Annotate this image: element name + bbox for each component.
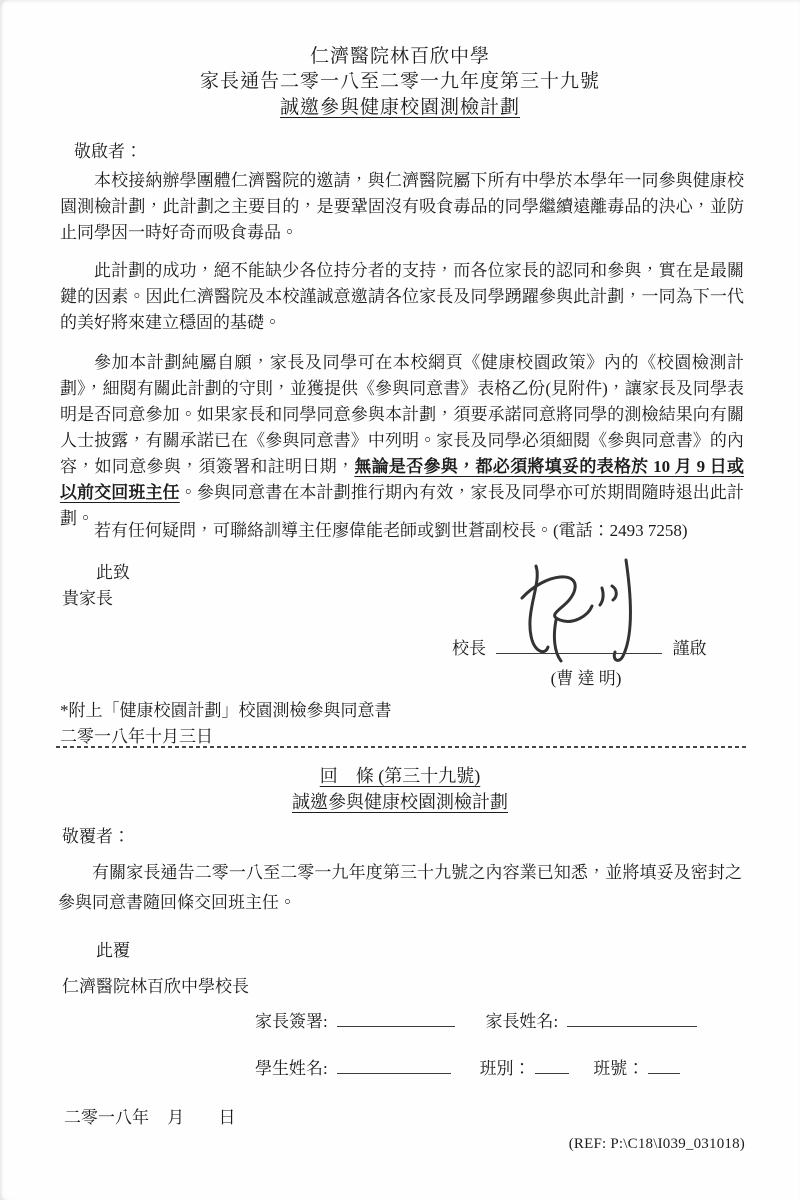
closing-recipient: 貴家長: [62, 584, 113, 609]
salutation: 敬啟者：: [74, 137, 142, 162]
scanned-notice-page: 仁濟醫院林百欣中學 家長通告二零一八至二零一九年度第三十九號 誠邀參與健康校園測…: [0, 0, 800, 1200]
reply-date-year: 二零一八年: [64, 1108, 149, 1127]
attachment-note: *附上「健康校園計劃」校園測檢參與同意書: [60, 696, 392, 721]
reply-date-day: 日: [219, 1108, 236, 1127]
class-number-blank: [648, 1055, 680, 1074]
reply-slip-title-text: 回 條 (第三十九號): [320, 766, 481, 786]
signature-row: 校長 謹啟: [452, 634, 707, 659]
signature-role-label: 校長: [452, 639, 486, 658]
body-paragraph-2: 此計劃的成功，絕不能缺少各位持分者的支持，而各位家長的認同和參與，實在是最關鍵的…: [60, 258, 744, 336]
reply-salutation: 敬覆者：: [62, 822, 130, 847]
reply-date-month: 月: [167, 1108, 184, 1127]
student-name-blank: [337, 1055, 451, 1074]
parent-name-blank: [567, 1008, 697, 1027]
class-label: 班別：: [479, 1059, 530, 1078]
signature-suffix: 謹啟: [673, 639, 707, 658]
notice-title: 家長通告二零一八至二零一九年度第三十九號: [0, 69, 800, 94]
student-name-label: 學生姓名:: [255, 1059, 328, 1078]
ref-code: (REF: P:\C18\I039_031018): [569, 1136, 745, 1153]
body-paragraph-3: 參加本計劃純屬自願，家長及同學可在本校網頁《健康校園政策》內的《校園檢測計劃》，…: [60, 350, 744, 532]
reply-cifu: 此覆: [96, 936, 130, 961]
signer-name: (曹 達 明): [500, 664, 672, 689]
reply-date-line: 二零一八年 月 日: [64, 1103, 236, 1128]
contact-paragraph: 若有任何疑問，可聯絡訓導主任廖偉能老師或劉世蒼副校長。(電話：2493 7258…: [60, 518, 744, 544]
body-paragraph-1: 本校接納辦學團體仁濟醫院的邀請，與仁濟醫院屬下所有中學於本學年一同參與健康校園測…: [60, 168, 744, 246]
class-number-label: 班號：: [593, 1059, 644, 1078]
parent-name-label: 家長姓名:: [485, 1012, 558, 1031]
school-name: 仁濟醫院林百欣中學: [0, 44, 800, 69]
signature-blank-line: [496, 635, 662, 654]
reply-body: 有關家長通告二零一八至二零一九年度第三十九號之內容業已知悉，並將填妥及密封之參與…: [58, 858, 742, 918]
parent-signature-label: 家長簽署:: [255, 1012, 328, 1031]
reply-slip-subtitle-text: 誠邀參與健康校園測檢計劃: [292, 792, 508, 812]
reply-slip-title: 回 條 (第三十九號): [0, 762, 800, 788]
student-field-row: 學生姓名: 班別： 班號：: [255, 1055, 680, 1082]
closing-cizhi: 此致: [96, 558, 130, 583]
notice-subject: 誠邀參與健康校園測檢計劃: [0, 95, 800, 120]
parent-signature-blank: [337, 1008, 455, 1027]
class-blank: [535, 1055, 569, 1074]
issue-date: 二零一八年十月三日: [60, 722, 213, 747]
reply-addressee: 仁濟醫院林百欣中學校長: [62, 972, 249, 997]
reply-slip-subtitle: 誠邀參與健康校園測檢計劃: [0, 788, 800, 814]
notice-subject-text: 誠邀參與健康校園測檢計劃: [280, 97, 520, 118]
cut-divider-line: [56, 746, 746, 748]
parent-field-row: 家長簽署: 家長姓名:: [255, 1008, 697, 1035]
